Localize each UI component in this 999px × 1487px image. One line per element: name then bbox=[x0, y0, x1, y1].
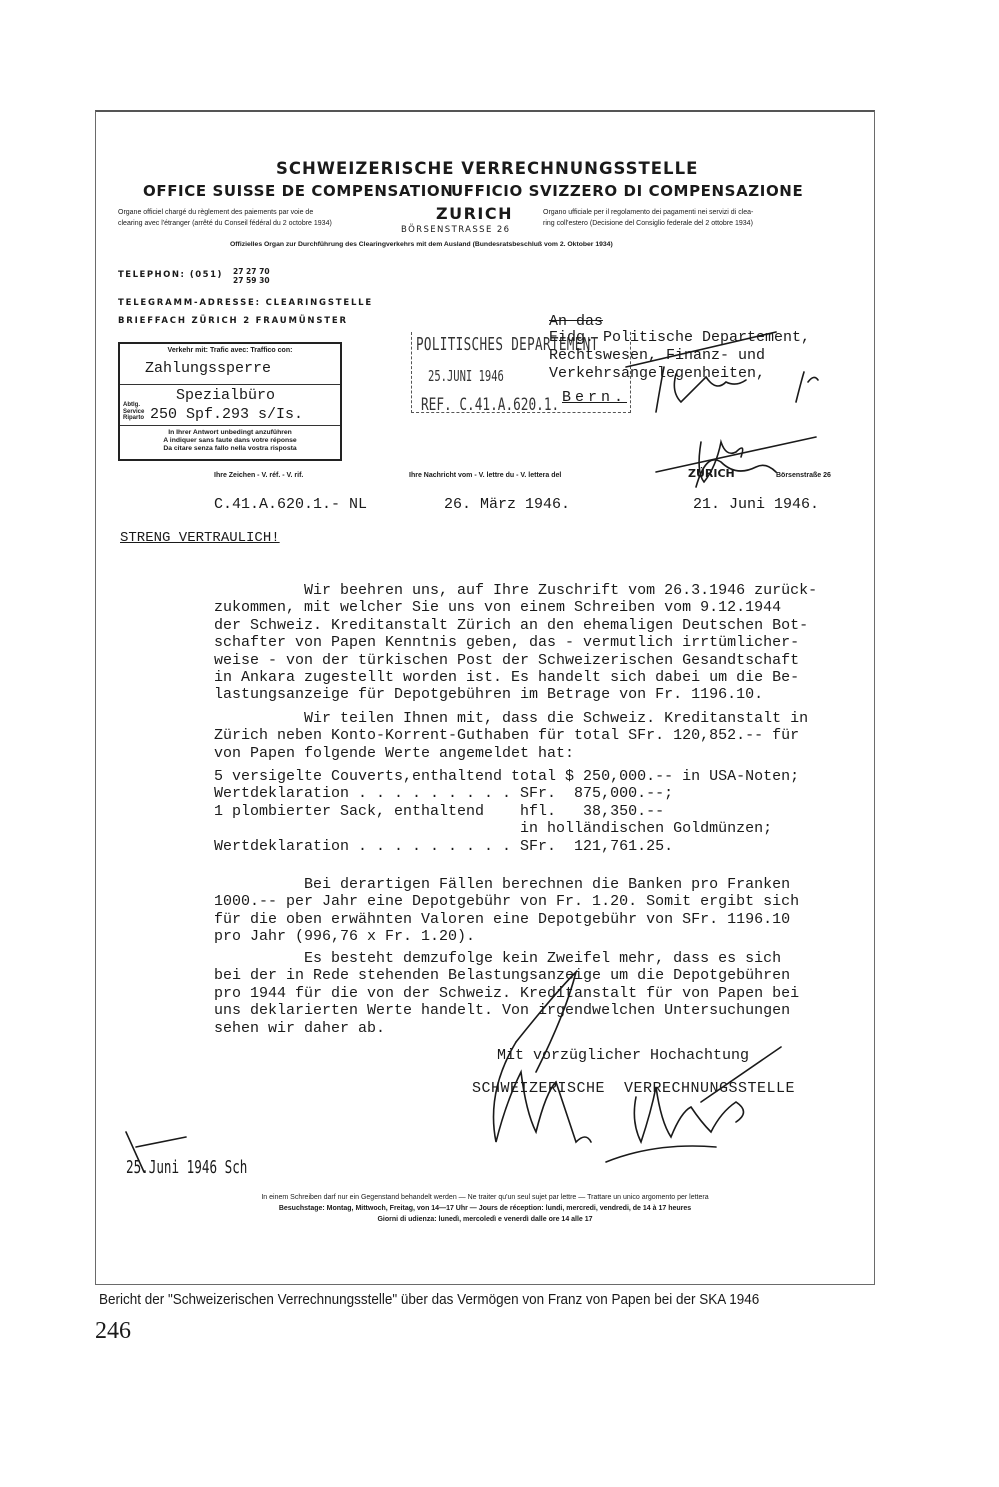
telephone-numbers: 27 27 70 27 59 30 bbox=[233, 267, 270, 285]
figure-caption: Bericht der "Schweizerischen Verrechnung… bbox=[99, 1292, 759, 1308]
letterhead-org-de: SCHWEIZERISCHE VERRECHNUNGSSTELLE bbox=[276, 159, 698, 178]
your-reference-value: C.41.A.620.1.- NL bbox=[214, 496, 367, 513]
confidential-heading: STRENG VERTRAULICH! bbox=[120, 530, 280, 546]
receipt-date-stamp: 25.Juni 1946 Sch bbox=[126, 1157, 247, 1178]
place-label: ZÜRICH bbox=[688, 467, 735, 480]
holdings-list: 5 versigelte Couverts,enthaltend total $… bbox=[214, 768, 799, 855]
closing-salutation: Mit vorzüglicher Hochachtung bbox=[497, 1047, 749, 1064]
body-paragraph-1: Wir beehren uns, auf Ihre Zuschrift vom … bbox=[214, 582, 817, 704]
reference-box: Verkehr mit: Trafic avec: Traffico con: … bbox=[118, 342, 342, 461]
letterhead-note-de: Offizielles Organ zur Durchführung des C… bbox=[230, 241, 613, 248]
letterhead-org-fr: OFFICE SUISSE DE COMPENSATION bbox=[143, 182, 453, 200]
page-number: 246 bbox=[95, 1318, 131, 1345]
your-reference-label: Ihre Zeichen - V. réf. - V. rif. bbox=[214, 472, 303, 479]
sender-name: SCHWEIZERISCHE VERRECHNUNGSSTELLE bbox=[472, 1080, 795, 1097]
letterhead-note-fr: Organe officiel chargé du règlement des … bbox=[118, 207, 332, 229]
your-message-date: 26. März 1946. bbox=[444, 496, 570, 513]
reference-box-department: Abtlg. Service Riparto Spezialbüro 250 S… bbox=[120, 385, 340, 426]
footer-visiting-hours: Besuchstage: Montag, Mittwoch, Freitag, … bbox=[96, 1204, 874, 1215]
recipient-line-2: Rechtswesen, Finanz- und bbox=[549, 346, 765, 365]
recipient-line-3: Verkehrsangelegenheiten, bbox=[549, 364, 765, 383]
telephone-label: TELEPHON: (051) bbox=[118, 270, 223, 280]
reference-box-instructions: In Ihrer Antwort unbedingt anzuführen A … bbox=[120, 426, 340, 459]
scanned-letter: SCHWEIZERISCHE VERRECHNUNGSSTELLE OFFICE… bbox=[95, 110, 875, 1285]
reference-box-traffic: Verkehr mit: Trafic avec: Traffico con: … bbox=[120, 344, 340, 385]
place-street-label: Börsenstraße 26 bbox=[776, 472, 831, 479]
received-stamp-date: 25.JUNI 1946 bbox=[428, 367, 504, 385]
your-message-label: Ihre Nachricht vom - V. lettre du - V. l… bbox=[409, 472, 561, 479]
letterhead-org-it: UFFICIO SVIZZERO DI COMPENSAZIONE bbox=[451, 182, 803, 200]
telegram-address: TELEGRAMM-ADRESSE: CLEARINGSTELLE bbox=[118, 298, 373, 308]
letterhead-street: BÖRSENSTRASSE 26 bbox=[401, 225, 510, 235]
body-paragraph-3: Bei derartigen Fällen berechnen die Bank… bbox=[214, 876, 799, 946]
recipient-city: Bern. bbox=[562, 388, 627, 407]
body-paragraph-4: Es besteht demzufolge kein Zweifel mehr,… bbox=[214, 950, 799, 1037]
letterhead-city: ZURICH bbox=[436, 204, 513, 223]
letter-date: 21. Juni 1946. bbox=[693, 496, 819, 513]
recipient-line-1: Eidg. Politische Departement, bbox=[549, 328, 810, 347]
letterhead-note-it: Organo ufficiale per il regolamento dei … bbox=[543, 207, 753, 229]
footer-rule: In einem Schreiben darf nur ein Gegensta… bbox=[96, 1193, 874, 1204]
footer-visiting-hours-it: Giorni di udienza: lunedì, mercoledì e v… bbox=[96, 1215, 874, 1226]
body-paragraph-2: Wir teilen Ihnen mit, dass die Schweiz. … bbox=[214, 710, 808, 762]
post-box: BRIEFFACH ZÜRICH 2 FRAUMÜNSTER bbox=[118, 316, 348, 326]
received-stamp-ref: REF. C.41.A.620.1. bbox=[421, 395, 559, 415]
